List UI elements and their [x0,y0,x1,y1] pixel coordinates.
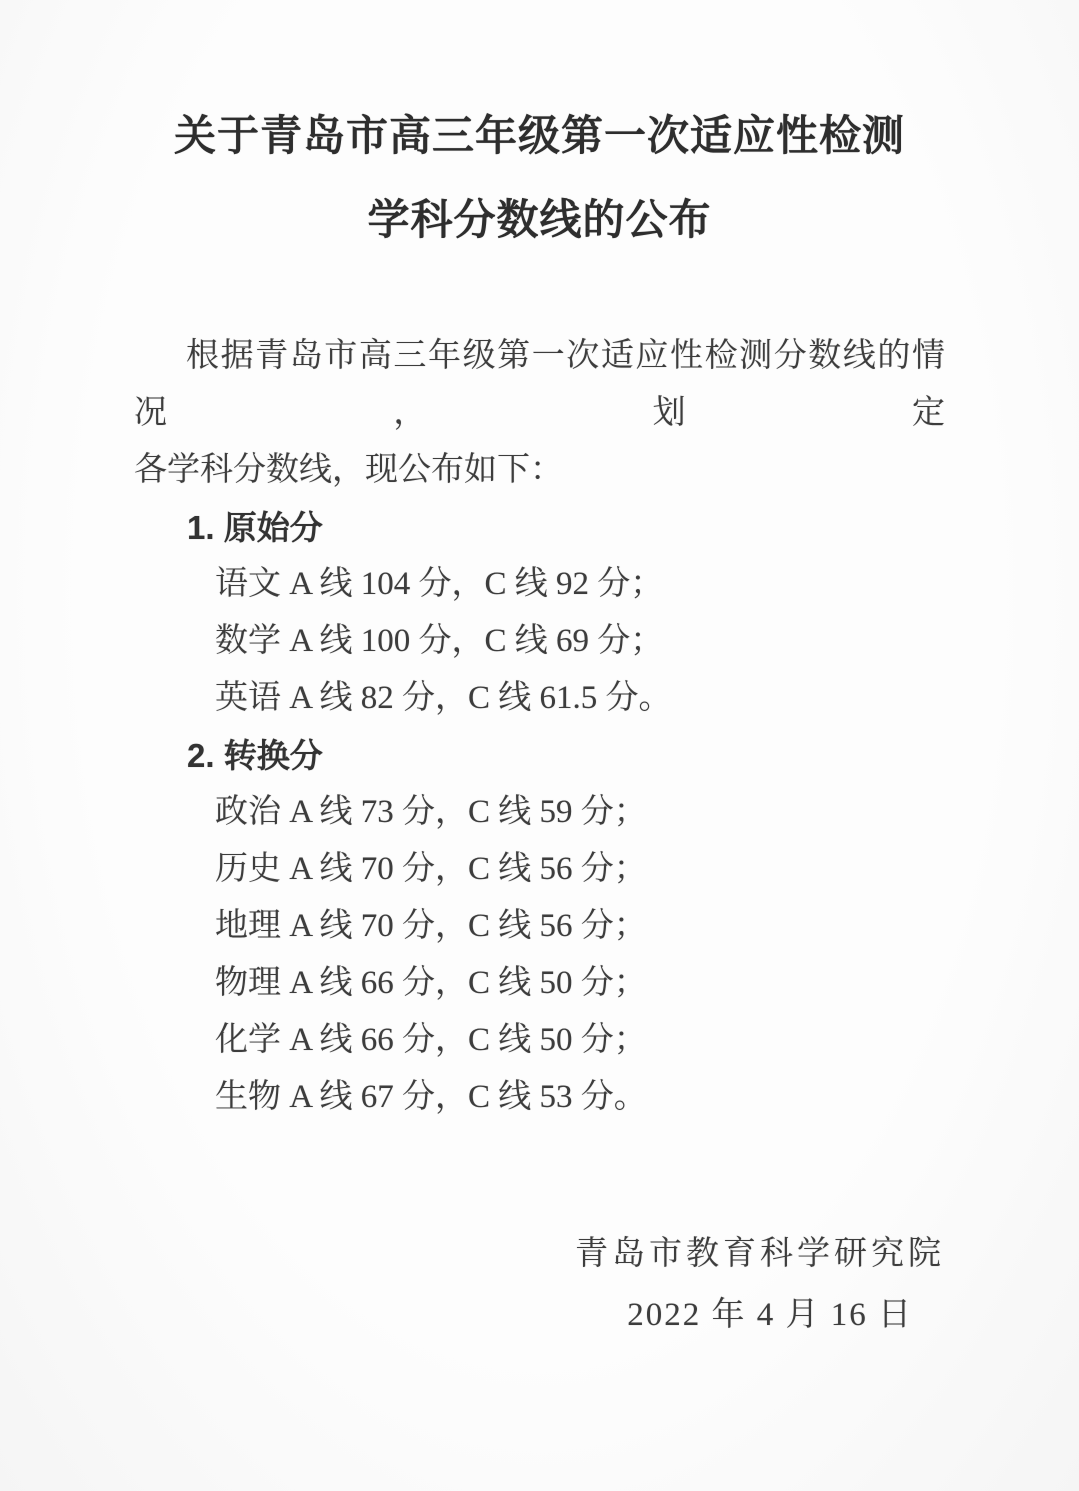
score-line-english: 英语 A 线 82 分，C 线 61.5 分。 [134,670,945,727]
section-heading-converted-scores: 2. 转换分 [134,727,945,784]
score-line-physics: 物理 A 线 66 分，C 线 50 分； [134,955,945,1012]
signature-block: 青岛市教育科学研究院 2022 年 4 月 16 日 [134,1226,945,1344]
title-line-1: 关于青岛市高三年级第一次适应性检测 [0,112,1079,160]
signature-organization: 青岛市教育科学研究院 [134,1226,945,1283]
document-title: 关于青岛市高三年级第一次适应性检测 学科分数线的公布 [0,0,1079,244]
intro-paragraph-line-1: 根据青岛市高三年级第一次适应性检测分数线的情况，划定 [134,328,945,442]
intro-paragraph-line-2: 各学科分数线，现公布如下： [134,442,945,499]
score-line-geography: 地理 A 线 70 分，C 线 56 分； [134,898,945,955]
score-line-chinese: 语文 A 线 104 分，C 线 92 分； [134,556,945,613]
document-body: 根据青岛市高三年级第一次适应性检测分数线的情况，划定 各学科分数线，现公布如下：… [134,328,945,1344]
score-line-politics: 政治 A 线 73 分，C 线 59 分； [134,784,945,841]
section-heading-raw-scores: 1. 原始分 [134,499,945,556]
score-line-biology: 生物 A 线 67 分，C 线 53 分。 [134,1069,945,1126]
document-page: 关于青岛市高三年级第一次适应性检测 学科分数线的公布 根据青岛市高三年级第一次适… [0,0,1079,1491]
title-line-2: 学科分数线的公布 [0,196,1079,244]
signature-date: 2022 年 4 月 16 日 [134,1287,945,1344]
score-line-chemistry: 化学 A 线 66 分，C 线 50 分； [134,1012,945,1069]
score-line-history: 历史 A 线 70 分，C 线 56 分； [134,841,945,898]
score-line-math: 数学 A 线 100 分，C 线 69 分； [134,613,945,670]
